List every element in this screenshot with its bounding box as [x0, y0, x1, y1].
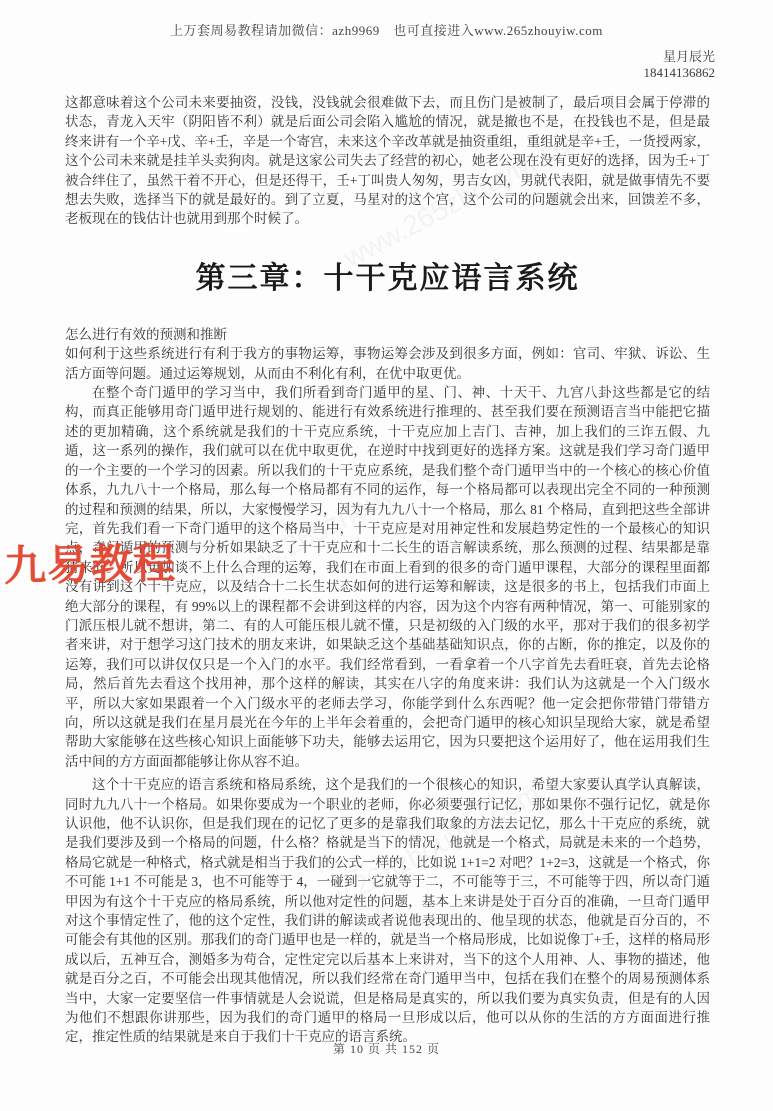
author-name: 星月辰光 [0, 49, 715, 65]
question-heading: 怎么进行有效的预测和推断 [65, 325, 710, 344]
header-promo-text: 上万套周易教程请加微信：azh9969 也可直接进入www.265zhouyiw… [0, 0, 773, 39]
author-block: 星月辰光 18414136862 [0, 49, 773, 81]
document-page: 上万套周易教程请加微信：azh9969 也可直接进入www.265zhouyiw… [0, 0, 773, 1111]
paragraph-intro: 如何利于这些系统进行有利于我方的事物运筹，事物运筹会涉及到很多方面，例如：官司、… [65, 344, 710, 383]
paragraph-company-analysis: 这都意味着这个公司未来要抽资，没钱，没钱就会很难做下去，而且伤门是被制了，最后项… [65, 93, 710, 229]
page-number-footer: 第 10 页 共 152 页 [0, 1040, 773, 1057]
paragraph-geju-system: 这个十干克应的语言系统和格局系统，这个是我们的一个很核心的知识，希望大家要认真学… [65, 775, 710, 1047]
chapter-title: 第三章：十干克应语言系统 [65, 253, 710, 297]
red-stamp-watermark: 九易教程 [3, 531, 176, 594]
author-phone: 18414136862 [0, 65, 715, 81]
